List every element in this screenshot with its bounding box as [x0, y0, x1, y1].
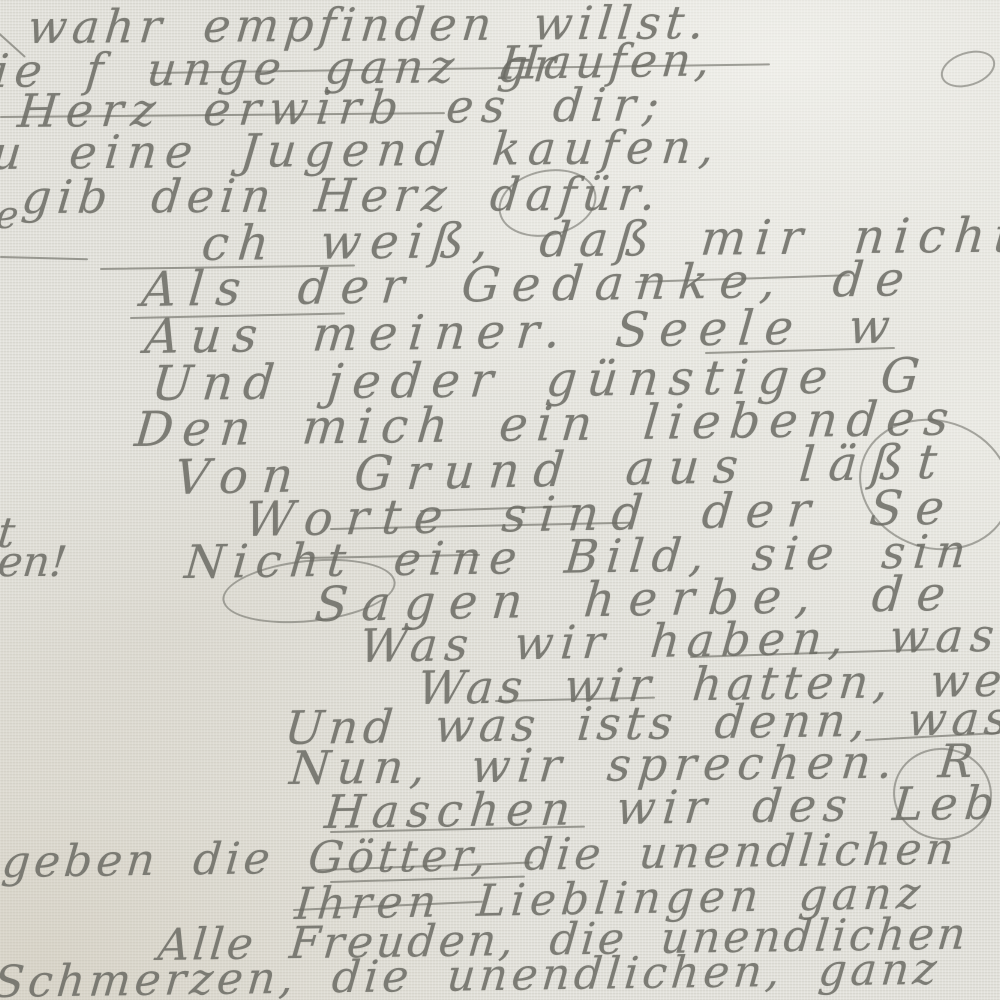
flourish-loop: [936, 44, 1000, 94]
flourish-stroke: [0, 256, 88, 260]
edge-fragment: e: [0, 196, 20, 234]
edge-fragment: en!: [0, 541, 69, 583]
script-line: Schmerzen, die unendlichen, ganz: [0, 948, 942, 1000]
fabric-background: wahr empfinden willst. ie f unge ganz gr…: [0, 0, 1000, 1000]
